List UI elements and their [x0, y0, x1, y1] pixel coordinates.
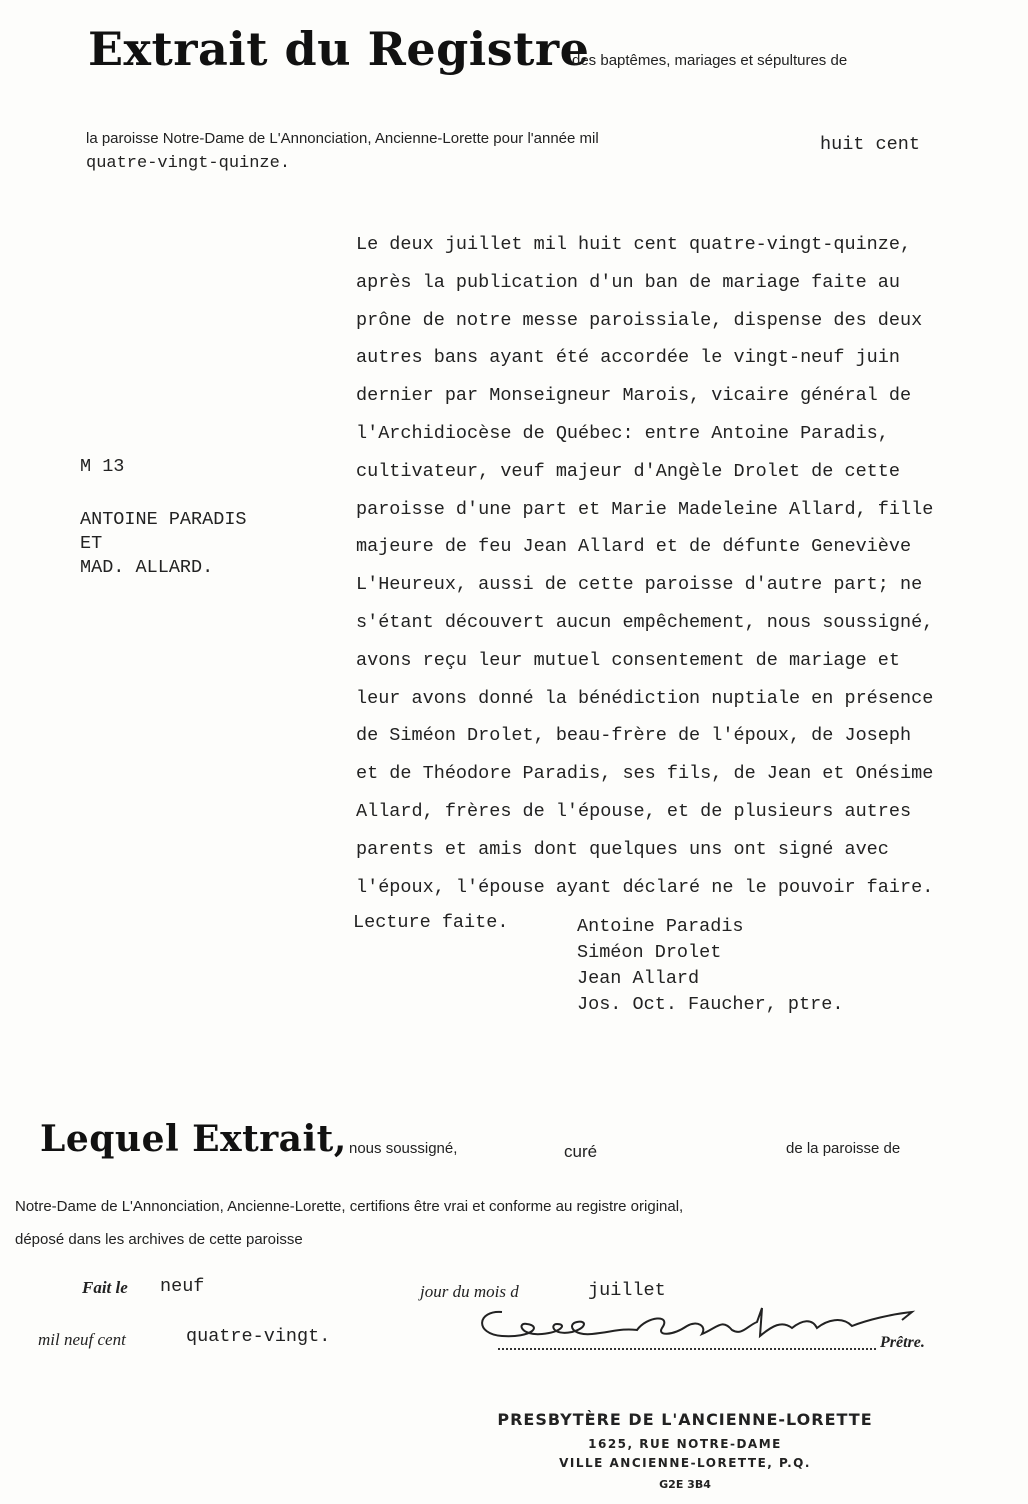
year-value: quatre-vingt. — [186, 1326, 330, 1347]
signatory: Jos. Oct. Faucher, ptre. — [577, 992, 843, 1018]
record-line: paroisse d'une part et Marie Madeleine A… — [356, 491, 933, 529]
of-parish-label: de la paroisse de — [786, 1140, 900, 1157]
presbytery-name: PRESBYTÈRE DE L'ANCIENNE-LORETTE — [470, 1410, 900, 1429]
record-line: de Siméon Drolet, beau-frère de l'époux,… — [356, 717, 933, 755]
day-value: neuf — [160, 1276, 204, 1297]
signature-line — [498, 1348, 876, 1350]
record-line: et de Théodore Paradis, ses fils, de Jea… — [356, 755, 933, 793]
role-value: curé — [564, 1142, 597, 1162]
margin-names: ANTOINE PARADIS ET MAD. ALLARD. — [80, 508, 247, 580]
record-line: cultivateur, veuf majeur d'Angèle Drolet… — [356, 453, 933, 491]
undersigned-label: nous soussigné, — [349, 1140, 457, 1157]
certification-line-3: déposé dans les archives de cette parois… — [15, 1231, 303, 1248]
record-line: après la publication d'un ban de mariage… — [356, 264, 933, 302]
margin-name-1: ANTOINE PARADIS — [80, 508, 247, 532]
signatory: Jean Allard — [577, 966, 843, 992]
record-line: l'époux, l'épouse ayant déclaré ne le po… — [356, 869, 933, 907]
record-body: Le deux juillet mil huit cent quatre-vin… — [356, 226, 933, 906]
record-number: M 13 — [80, 456, 124, 477]
record-line: Allard, frères de l'épouse, et de plusie… — [356, 793, 933, 831]
signatories: Antoine Paradis Siméon Drolet Jean Allar… — [577, 914, 843, 1018]
margin-name-3: MAD. ALLARD. — [80, 556, 247, 580]
year-typed-2: quatre-vingt-quinze. — [86, 154, 290, 173]
record-line: prône de notre messe paroissiale, dispen… — [356, 302, 933, 340]
record-line: Le deux juillet mil huit cent quatre-vin… — [356, 226, 933, 264]
year-typed-1: huit cent — [820, 134, 920, 155]
record-line: leur avons donné la bénédiction nuptiale… — [356, 680, 933, 718]
record-line: majeure de feu Jean Allard et de défunte… — [356, 528, 933, 566]
document-subtitle: des baptêmes, mariages et sépultures de — [572, 52, 847, 69]
presbytery-street: 1625, RUE NOTRE-DAME — [470, 1437, 900, 1451]
margin-name-2: ET — [80, 532, 247, 556]
record-line: parents et amis dont quelques uns ont si… — [356, 831, 933, 869]
signature-title: Prêtre. — [880, 1334, 925, 1352]
record-line: autres bans ayant été accordée le vingt-… — [356, 339, 933, 377]
presbytery-city: VILLE ANCIENNE-LORETTE, P.Q. — [470, 1456, 900, 1470]
record-line: avons reçu leur mutuel consentement de m… — [356, 642, 933, 680]
month-label: jour du mois d — [420, 1282, 519, 1302]
record-line: l'Archidiocèse de Québec: entre Antoine … — [356, 415, 933, 453]
record-line: s'étant découvert aucun empêchement, nou… — [356, 604, 933, 642]
certification-line-2: Notre-Dame de L'Annonciation, Ancienne-L… — [15, 1198, 683, 1215]
year-label: mil neuf cent — [38, 1330, 126, 1350]
fait-le-label: Fait le — [82, 1278, 128, 1298]
signatory: Siméon Drolet — [577, 940, 843, 966]
presbytery-postal: G2E 3B4 — [470, 1478, 900, 1491]
certification-title: Lequel Extrait, — [40, 1118, 347, 1160]
record-closing: Lecture faite. — [353, 912, 508, 933]
record-line: L'Heureux, aussi de cette paroisse d'aut… — [356, 566, 933, 604]
document-title: Extrait du Registre — [88, 22, 589, 76]
parish-line: la paroisse Notre-Dame de L'Annonciation… — [86, 130, 599, 147]
signatory: Antoine Paradis — [577, 914, 843, 940]
month-value: juillet — [588, 1280, 666, 1301]
record-line: dernier par Monseigneur Marois, vicaire … — [356, 377, 933, 415]
